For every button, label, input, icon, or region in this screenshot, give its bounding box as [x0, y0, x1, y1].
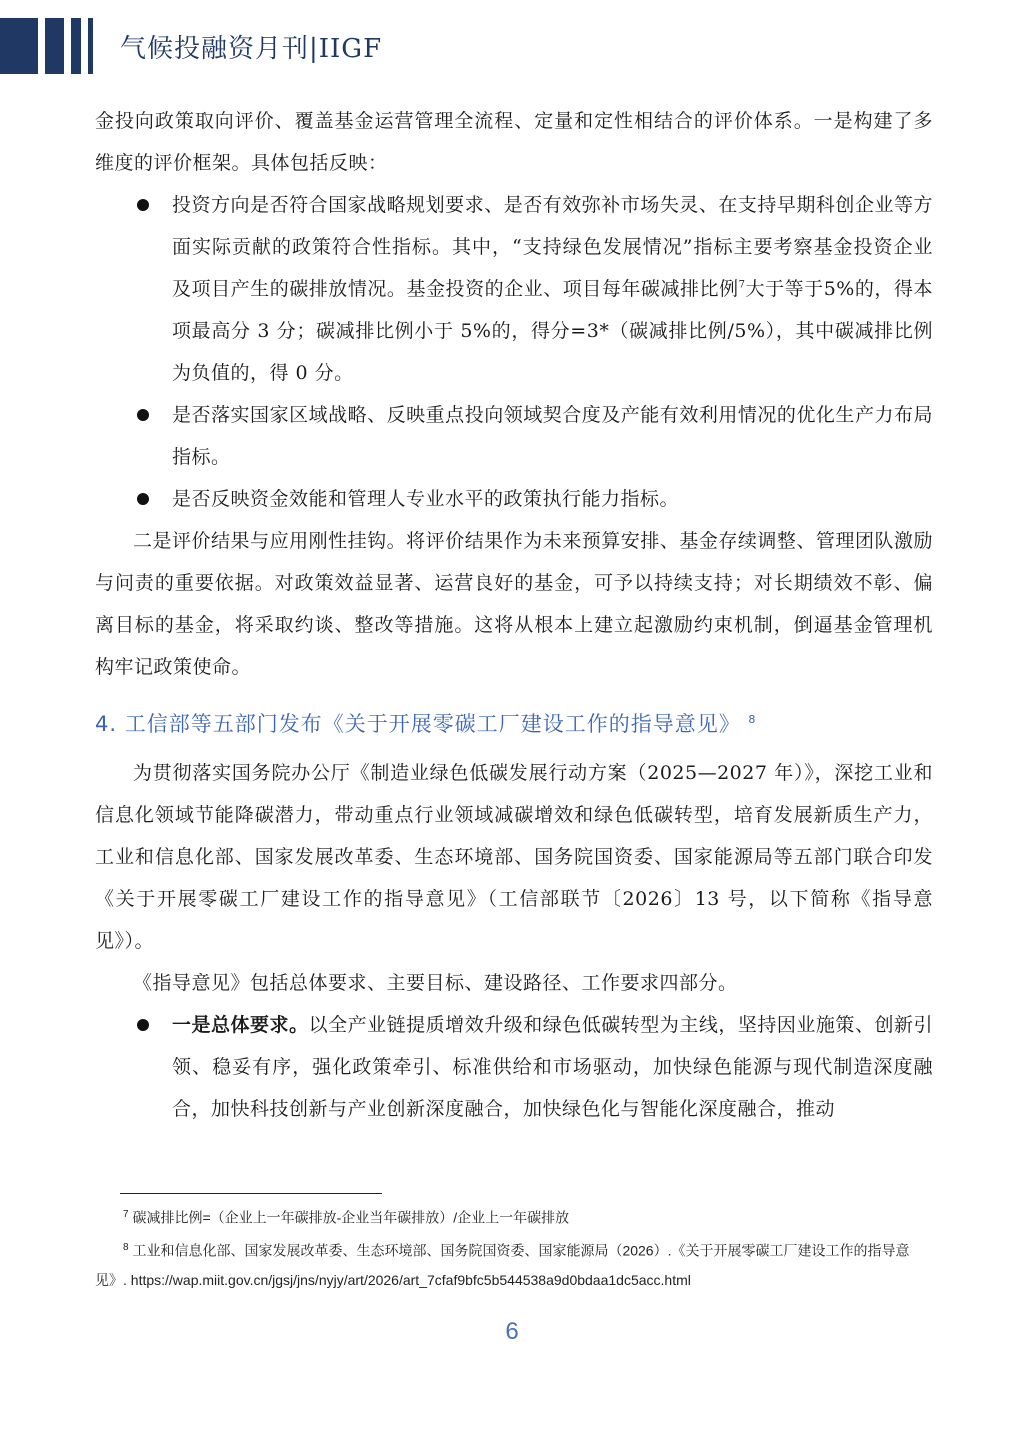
paragraph-parts: 《指导意见》包括总体要求、主要目标、建设路径、工作要求四部分。: [95, 962, 933, 1004]
page-body: 金投向政策取向评价、覆盖基金运营管理全流程、定量和定性相结合的评价体系。一是构建…: [95, 100, 933, 1130]
footnote-text[interactable]: 工业和信息化部、国家发展改革委、生态环境部、国务院国资委、国家能源局（2026）…: [95, 1242, 909, 1288]
paragraph-evaluation-results: 二是评价结果与应用刚性挂钩。将评价结果作为未来预算安排、基金存续调整、管理团队激…: [95, 520, 933, 688]
footnote-8: 8 工业和信息化部、国家发展改革委、生态环境部、国务院国资委、国家能源局（202…: [95, 1233, 933, 1296]
bullet-text: 是否反映资金效能和管理人专业水平的政策执行能力指标。: [172, 478, 933, 520]
paragraph-section-intro: 为贯彻落实国务院办公厅《制造业绿色低碳发展行动方案（2025—2027 年）》，…: [95, 752, 933, 962]
bullet-icon: [137, 1019, 149, 1031]
bullet-icon: [137, 493, 149, 505]
footnotes: 7 碳减排比例=（企业上一年碳排放-企业当年碳排放）/企业上一年碳排放 8 工业…: [95, 1200, 933, 1295]
header-bar-decoration: [71, 18, 81, 74]
bullet-text: 是否落实国家区域战略、反映重点投向领域契合度及产能有效利用情况的优化生产力布局指…: [172, 394, 933, 478]
footnote-divider: [120, 1193, 382, 1194]
bullet-item: 投资方向是否符合国家战略规划要求、是否有效弥补市场失灵、在支持早期科创企业等方面…: [95, 184, 933, 394]
page-number: 6: [0, 1318, 1024, 1346]
header-bar-decoration: [88, 18, 93, 74]
paragraph-intro: 金投向政策取向评价、覆盖基金运营管理全流程、定量和定性相结合的评价体系。一是构建…: [95, 100, 933, 184]
footnote-text: 碳减排比例=（企业上一年碳排放-企业当年碳排放）/企业上一年碳排放: [132, 1210, 569, 1226]
footnote-ref-7[interactable]: 7: [739, 280, 746, 291]
footnote-7: 7 碳减排比例=（企业上一年碳排放-企业当年碳排放）/企业上一年碳排放: [95, 1200, 933, 1233]
publication-title: 气候投融资月刊|IIGF: [120, 28, 382, 65]
page-header: 气候投融资月刊|IIGF: [0, 18, 500, 74]
section-heading-text: 4. 工信部等五部门发布《关于开展零碳工厂建设工作的指导意见》: [95, 712, 741, 736]
bullet-icon: [137, 199, 149, 211]
bullet-lead: 一是总体要求。: [172, 1014, 309, 1036]
header-bar-decoration: [45, 18, 64, 74]
bullet-item: 是否落实国家区域战略、反映重点投向领域契合度及产能有效利用情况的优化生产力布局指…: [95, 394, 933, 478]
bullet-item: 一是总体要求。以全产业链提质增效升级和绿色低碳转型为主线，坚持因业施策、创新引领…: [95, 1004, 933, 1130]
bullet-text: 投资方向是否符合国家战略规划要求、是否有效弥补市场失灵、在支持早期科创企业等方面…: [172, 184, 933, 394]
bullet-icon: [137, 409, 149, 421]
section-heading: 4. 工信部等五部门发布《关于开展零碳工厂建设工作的指导意见》 8: [95, 698, 933, 746]
footnote-number: 7: [123, 1209, 129, 1220]
footnote-ref-8[interactable]: 8: [748, 713, 756, 726]
footnote-number: 8: [123, 1242, 129, 1253]
bullet-text: 一是总体要求。以全产业链提质增效升级和绿色低碳转型为主线，坚持因业施策、创新引领…: [172, 1004, 933, 1130]
header-bar-decoration: [0, 18, 38, 74]
bullet-item: 是否反映资金效能和管理人专业水平的政策执行能力指标。: [95, 478, 933, 520]
